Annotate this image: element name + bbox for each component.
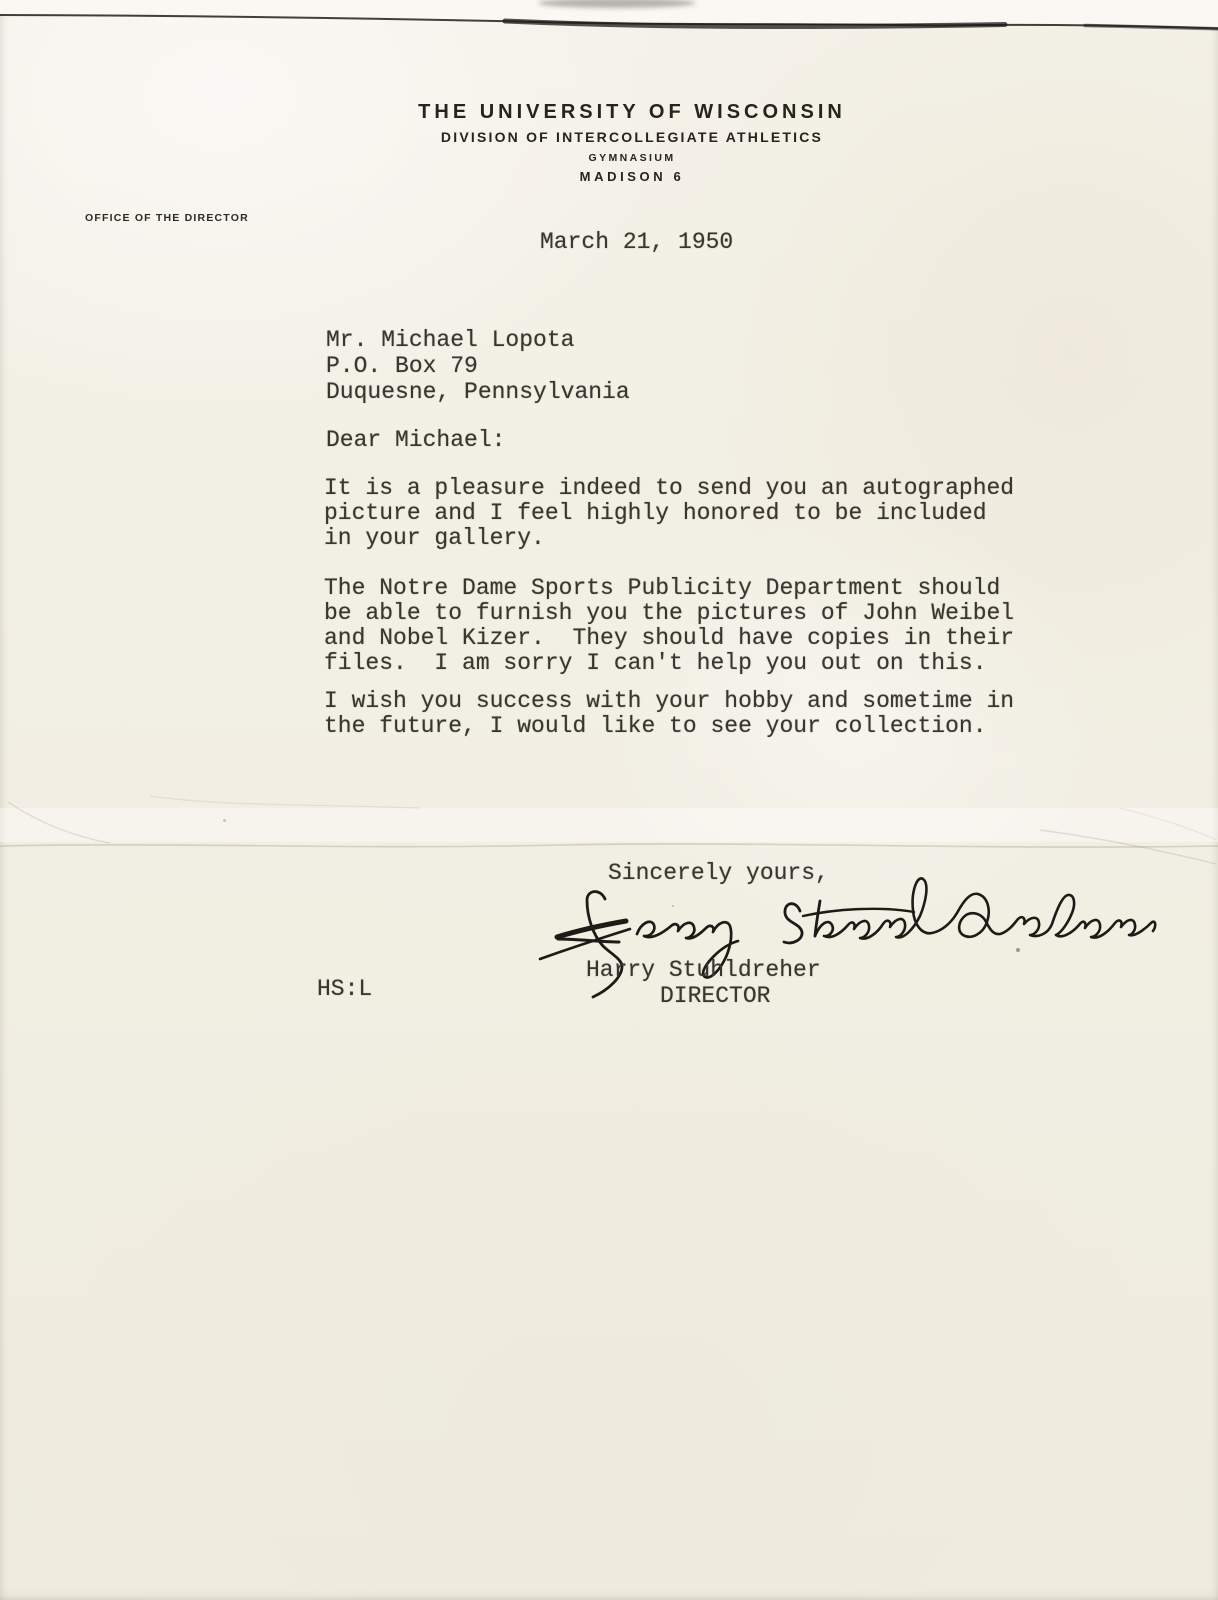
letterhead-city: MADISON 6 bbox=[40, 169, 1218, 184]
ink-speck bbox=[1016, 948, 1020, 952]
letter-page: THE UNIVERSITY OF WISCONSIN DIVISION OF … bbox=[0, 0, 1218, 1600]
body-paragraph-2: The Notre Dame Sports Publicity Departme… bbox=[324, 576, 1014, 676]
recipient-address: Mr. Michael Lopota P.O. Box 79 Duquesne,… bbox=[326, 327, 630, 405]
scan-smudge bbox=[538, 0, 696, 8]
salutation: Dear Michael: bbox=[326, 428, 505, 453]
body-paragraph-1: It is a pleasure indeed to send you an a… bbox=[324, 476, 1014, 551]
letterhead-division: DIVISION OF INTERCOLLEGIATE ATHLETICS bbox=[40, 129, 1218, 145]
letterhead-university: THE UNIVERSITY OF WISCONSIN bbox=[40, 101, 1218, 124]
signed-title: DIRECTOR bbox=[660, 984, 770, 1009]
ink-speck bbox=[672, 905, 674, 907]
ink-speck bbox=[223, 819, 226, 822]
reference-initials: HS:L bbox=[317, 977, 372, 1002]
signed-name: Harry Stuhldreher bbox=[586, 958, 821, 983]
office-label: OFFICE OF THE DIRECTOR bbox=[85, 212, 249, 224]
letterhead-building: GYMNASIUM bbox=[40, 152, 1218, 164]
date-line: March 21, 1950 bbox=[540, 230, 733, 255]
body-paragraph-3: I wish you success with your hobby and s… bbox=[324, 689, 1014, 739]
